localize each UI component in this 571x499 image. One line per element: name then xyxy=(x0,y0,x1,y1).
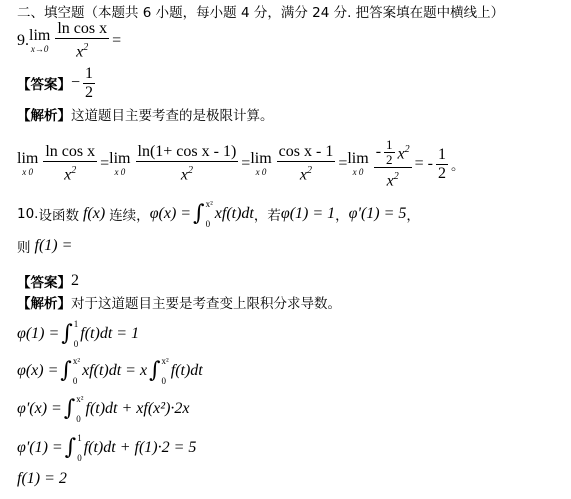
q10-step-4: φ'(1) = ∫ 1 0 f(t)dt + f(1)·2 = 5 xyxy=(17,432,196,464)
upper-limit: 1 xyxy=(74,319,79,329)
lower-limit: 0 xyxy=(77,453,82,463)
var-text: x xyxy=(398,145,405,162)
period: 。 xyxy=(451,154,465,174)
q9-derivation: lim x 0 ln cos x x2 = lim x 0 ln(1+ cos … xyxy=(17,136,464,192)
q10-step-5: f(1) = 2 xyxy=(17,470,67,488)
q10-step-3: φ'(x) = ∫ x² 0 f(t)dt + xf(x²)·2x xyxy=(17,393,190,425)
lim-subscript: x 0 xyxy=(353,167,364,177)
upper-limit: x² xyxy=(76,394,83,404)
fraction-denominator: 2 xyxy=(436,165,448,183)
fraction-numerator: ln cos x xyxy=(43,143,97,161)
lower-limit: 0 xyxy=(74,339,79,349)
limit-operator: lim x 0 xyxy=(250,151,271,177)
lim-subscript: x 0 xyxy=(256,167,267,177)
fraction: ln cos x x2 xyxy=(43,143,97,184)
lower-limit: 0 xyxy=(76,414,83,424)
den-exp: 2 xyxy=(71,165,76,176)
den-var: x xyxy=(300,167,307,184)
q9-answer: 【答案】 − 1 2 xyxy=(17,63,98,103)
fraction-denominator: x2 xyxy=(179,162,195,184)
integral-icon: ∫ xyxy=(64,398,75,420)
lim-subscript: x 0 xyxy=(114,167,125,177)
integral-limits: x² 0 xyxy=(206,199,213,229)
fraction-numerator: 1 xyxy=(384,138,395,152)
fraction-denominator: 2 xyxy=(384,153,395,167)
den-exp: 2 xyxy=(83,42,88,53)
nested-fraction: 1 2 xyxy=(384,138,395,167)
fraction-denominator: x2 xyxy=(385,168,401,190)
integral-icon: ∫ xyxy=(65,437,76,459)
q10-ask: 则 f(1) = xyxy=(17,236,72,256)
lower-limit: 0 xyxy=(162,376,169,386)
fraction-denominator: 2 xyxy=(83,84,95,102)
limit-operator: lim x 0 xyxy=(17,151,38,177)
step-lhs: φ'(x) = xyxy=(17,400,62,418)
den-exp: 2 xyxy=(188,165,193,176)
q9-analysis: 【解析】 这道题目主要考查的是极限计算。 xyxy=(17,104,274,124)
answer-label: 【答案】 xyxy=(17,73,71,93)
condition-2: φ'(1) = 5 xyxy=(349,205,407,223)
equals-sign: = xyxy=(112,32,121,50)
step-lhs: φ'(1) = xyxy=(17,439,63,457)
lim-subscript: x→0 xyxy=(31,44,49,54)
integral: ∫ x² 0 xyxy=(149,356,169,386)
integral-limits: x² 0 xyxy=(162,356,169,386)
upper-limit: x² xyxy=(206,199,213,209)
den-var: x xyxy=(181,167,188,184)
fraction-denominator: x2 xyxy=(298,162,314,184)
integral: ∫ 1 0 xyxy=(65,433,82,463)
analysis-text: 这道题目主要考查的是极限计算。 xyxy=(71,104,274,124)
upper-limit: 1 xyxy=(77,433,82,443)
lim-text: lim xyxy=(29,28,50,44)
q10-step-1: φ(1) = ∫ 1 0 f(t)dt = 1 xyxy=(17,318,139,350)
answer-value: 2 xyxy=(71,272,79,290)
minus-sign: - xyxy=(428,155,433,173)
fraction: ln(1+ cos x - 1) x2 xyxy=(136,143,239,184)
then-text: 则 xyxy=(17,236,31,256)
fraction-numerator: cos x - 1 xyxy=(277,143,336,161)
function-fx: f(x) xyxy=(83,205,105,223)
integral-limits: x² 0 xyxy=(73,356,80,386)
result-fraction: 1 2 xyxy=(436,146,448,183)
question-text: ，若 xyxy=(254,204,281,224)
question-text: 设函数 xyxy=(38,204,79,224)
integrand: xf(t)dt xyxy=(215,205,254,223)
integral-icon: ∫ xyxy=(61,323,72,345)
analysis-label: 【解析】 xyxy=(17,104,71,124)
fraction-denominator: x2 xyxy=(74,39,90,61)
var-x: x2 xyxy=(398,141,410,163)
fraction-numerator: ln cos x xyxy=(55,20,109,38)
comma: ， xyxy=(335,204,349,224)
step-result: f(1) = 2 xyxy=(17,470,67,488)
answer-fraction: 1 2 xyxy=(83,65,95,102)
limit-operator: lim x 0 xyxy=(347,151,368,177)
section-heading: 二、填空题（本题共 6 小题，每小题 4 分，满分 24 分. 把答案填在题中横… xyxy=(17,1,504,21)
fraction-numerator: 1 xyxy=(83,65,95,83)
step-body: f(t)dt + f(1)·2 = 5 xyxy=(84,439,197,457)
step-body: f(t)dt = 1 xyxy=(80,325,139,343)
equals-sign: = xyxy=(241,155,250,173)
q10-answer: 【答案】 2 xyxy=(17,271,79,291)
phi-definition: φ(x) = xyxy=(150,205,191,223)
comma: ， xyxy=(406,204,420,224)
integral: ∫ x² 0 xyxy=(193,199,213,229)
lim-subscript: x 0 xyxy=(22,167,33,177)
integral-icon: ∫ xyxy=(149,360,160,382)
answer-sign: − xyxy=(71,74,80,92)
equals-sign: = xyxy=(100,155,109,173)
fraction-numerator: - 1 2 x2 xyxy=(374,138,412,167)
fraction: - 1 2 x2 x2 xyxy=(374,138,412,190)
upper-limit: x² xyxy=(162,356,169,366)
lim-text: lim xyxy=(250,151,271,167)
upper-limit: x² xyxy=(73,356,80,366)
step-body: xf(t)dt = x xyxy=(82,362,147,380)
fraction-denominator: x2 xyxy=(62,162,78,184)
lim-text: lim xyxy=(109,151,130,167)
question-number: 10. xyxy=(17,206,38,222)
den-exp: 2 xyxy=(307,165,312,176)
integral-icon: ∫ xyxy=(60,360,71,382)
step-lhs: φ(x) = xyxy=(17,362,58,380)
lower-limit: 0 xyxy=(73,376,80,386)
integral-limits: x² 0 xyxy=(76,394,83,424)
analysis-label: 【解析】 xyxy=(17,292,71,312)
integral: ∫ x² 0 xyxy=(64,394,84,424)
lower-limit: 0 xyxy=(206,219,213,229)
minus-sign: - xyxy=(376,143,381,161)
den-var: x xyxy=(387,172,394,189)
integral: ∫ x² 0 xyxy=(60,356,80,386)
fraction-numerator: 1 xyxy=(436,146,448,164)
question-10: 10. 设函数 f(x) 连续， φ(x) = ∫ x² 0 xf(t)dt ，… xyxy=(17,198,420,230)
fraction-numerator: ln(1+ cos x - 1) xyxy=(136,143,239,161)
step-body: f(t)dt + xf(x²)·2x xyxy=(86,400,190,418)
limit-operator: lim x 0 xyxy=(109,151,130,177)
section-heading-text: 二、填空题（本题共 6 小题，每小题 4 分，满分 24 分. 把答案填在题中横… xyxy=(17,1,504,21)
exp: 2 xyxy=(405,144,410,155)
fraction: ln cos x x2 xyxy=(55,20,109,61)
answer-label: 【答案】 xyxy=(17,271,71,291)
condition-1: φ(1) = 1 xyxy=(281,205,335,223)
lim-text: lim xyxy=(17,151,38,167)
limit-operator: lim x→0 xyxy=(29,28,50,54)
question-text: 连续， xyxy=(109,204,150,224)
q10-step-2: φ(x) = ∫ x² 0 xf(t)dt = x ∫ x² 0 f(t)dt xyxy=(17,355,203,387)
question-9: 9. lim x→0 ln cos x x2 = xyxy=(17,22,121,60)
equals-sign: = xyxy=(338,155,347,173)
equals-sign: = xyxy=(415,155,424,173)
lim-text: lim xyxy=(347,151,368,167)
integral-limits: 1 0 xyxy=(74,319,79,349)
den-exp: 2 xyxy=(394,171,399,182)
integral: ∫ 1 0 xyxy=(61,319,78,349)
step-body: f(t)dt xyxy=(171,362,203,380)
integral-icon: ∫ xyxy=(193,203,204,225)
ask-expression: f(1) = xyxy=(35,237,73,255)
question-number: 9. xyxy=(17,32,29,50)
step-lhs: φ(1) = xyxy=(17,325,59,343)
integral-limits: 1 0 xyxy=(77,433,82,463)
q10-analysis: 【解析】 对于这道题目主要是考查变上限积分求导数。 xyxy=(17,292,341,312)
analysis-text: 对于这道题目主要是考查变上限积分求导数。 xyxy=(71,292,341,312)
fraction: cos x - 1 x2 xyxy=(277,143,336,184)
